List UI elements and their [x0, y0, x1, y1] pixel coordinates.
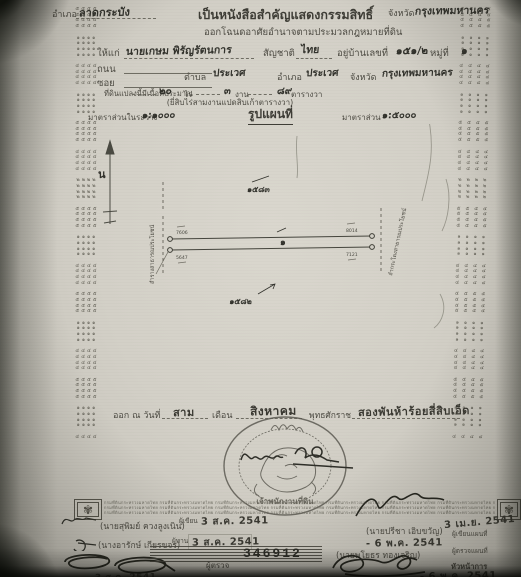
grantee-province-value: กรุงเทพมหานคร [381, 65, 453, 81]
adjacent-plot-lower: ๑๕๘๒ [229, 297, 253, 306]
writer-name: (นายสุพิมย์ ควงลูงเนิน) [100, 519, 185, 533]
province-value: กรุงเทพมหานคร [414, 1, 490, 19]
stray-pen-marks [296, 124, 449, 328]
grantee-district-value: ประเวศ [305, 66, 339, 82]
deed-paper: ๕๕๕๕ ๕๕๕๕ ๕๕๕๕ ๕๕๕๕ ๑๑๑๑ ๑๑๑๑ ๑๑๑๑ ๑๑๑๑ … [0, 0, 521, 577]
moo-label: หมู่ที่ [430, 46, 449, 61]
section-head-date-stamp: - 6 พ.ค. 2541 [420, 568, 497, 577]
parcel-map-drawing: น 7606 5647 8014 7121 ๑ [0, 124, 521, 340]
area-fill-line [196, 93, 220, 95]
right-boundary-name: ลำกระโดงสาธารณประโยชน์ [386, 207, 408, 276]
map-scale-value: ๑:๕๐๐๐ [381, 108, 417, 124]
area-fill-line [132, 93, 156, 95]
map-writer-role: ผู้เขียนแผนที่ [452, 529, 487, 539]
inspector-date-stamp: 3 ส.ค. 2541 [95, 569, 157, 577]
issue-prefix: ออก ณ วันที่ [113, 408, 160, 422]
grantee-province-label: จังหวัด [350, 70, 377, 84]
north-arrow-head [106, 141, 114, 154]
issue-year-line [352, 417, 460, 419]
boundary-marker [370, 245, 375, 250]
deed-title: เป็นหนังสือสำคัญแสดงกรรมสิทธิ์ [198, 5, 373, 25]
map-inspector-role: ผู้ตรวจแผนที่ [452, 546, 488, 556]
nationality-value: ไทย [300, 41, 320, 58]
signatures-over-seal [233, 440, 363, 476]
subdistrict-label: ตำบล [184, 70, 206, 84]
issue-day-line [162, 417, 208, 419]
parcel-top-boundary [170, 236, 372, 239]
house-no-label: อยู่บ้านเลขที่ [337, 46, 388, 61]
corner-number-br: 7121 [346, 252, 358, 258]
boundary-marker [370, 234, 375, 239]
boundary-marker [168, 248, 173, 253]
section-head-signature [325, 548, 435, 577]
province-label: จังหวัด [388, 6, 415, 20]
corner-number-tl: 7606 [176, 230, 188, 236]
writer-role: ผู้เขียน [179, 516, 198, 526]
road-label: ถนน [97, 62, 116, 77]
name-fill-line [124, 57, 254, 59]
house-no-value: ๑๕๑/๒ [395, 42, 429, 60]
to-label: ให้แก่ [97, 46, 120, 61]
boundary-marker [168, 237, 173, 242]
adjacent-plot-upper: ๑๕๘๓ [247, 185, 271, 194]
corner-number-bl: 5647 [176, 255, 188, 261]
district-fill-line [76, 17, 156, 19]
nationality-fill-line [296, 57, 332, 59]
survey-scale-value: ๑:๑๐๐๐ [141, 108, 176, 124]
scanned-land-deed-photo: ๕๕๕๕ ๕๕๕๕ ๕๕๕๕ ๕๕๕๕ ๑๑๑๑ ๑๑๑๑ ๑๑๑๑ ๑๑๑๑ … [0, 0, 521, 577]
left-boundary-name: ลำรางสาธารณประโยชน์ [148, 225, 156, 284]
nationality-label: สัญชาติ [263, 46, 295, 61]
deed-subtitle: ออกโฉนดอาศัยอำนาจตามประมวลกฎหมายที่ดิน [204, 25, 402, 40]
proofreader-role: ผู้ทาน [172, 536, 188, 546]
corner-number-tr: 8014 [346, 228, 358, 234]
surveyor-flourish-signature [350, 492, 450, 522]
clerk-signature [58, 512, 100, 528]
writer-date-stamp: 3 ส.ค. 2541 [201, 513, 269, 529]
parcel-bottom-boundary [170, 247, 372, 250]
map-scale-label: มาตราส่วน [342, 111, 381, 124]
subdistrict-value: ประเวศ [212, 66, 246, 82]
north-label: น [98, 168, 106, 181]
grantee-district-label: อำเภอ [277, 70, 302, 84]
map-section-heading: รูปแผนที่ [248, 105, 293, 125]
parcel-number: ๑ [280, 238, 286, 248]
serial-number: 346912 [243, 546, 302, 561]
proofreader-signature [62, 533, 98, 551]
area-fill-line [248, 93, 272, 95]
district-label: อำเภอ [52, 7, 77, 21]
